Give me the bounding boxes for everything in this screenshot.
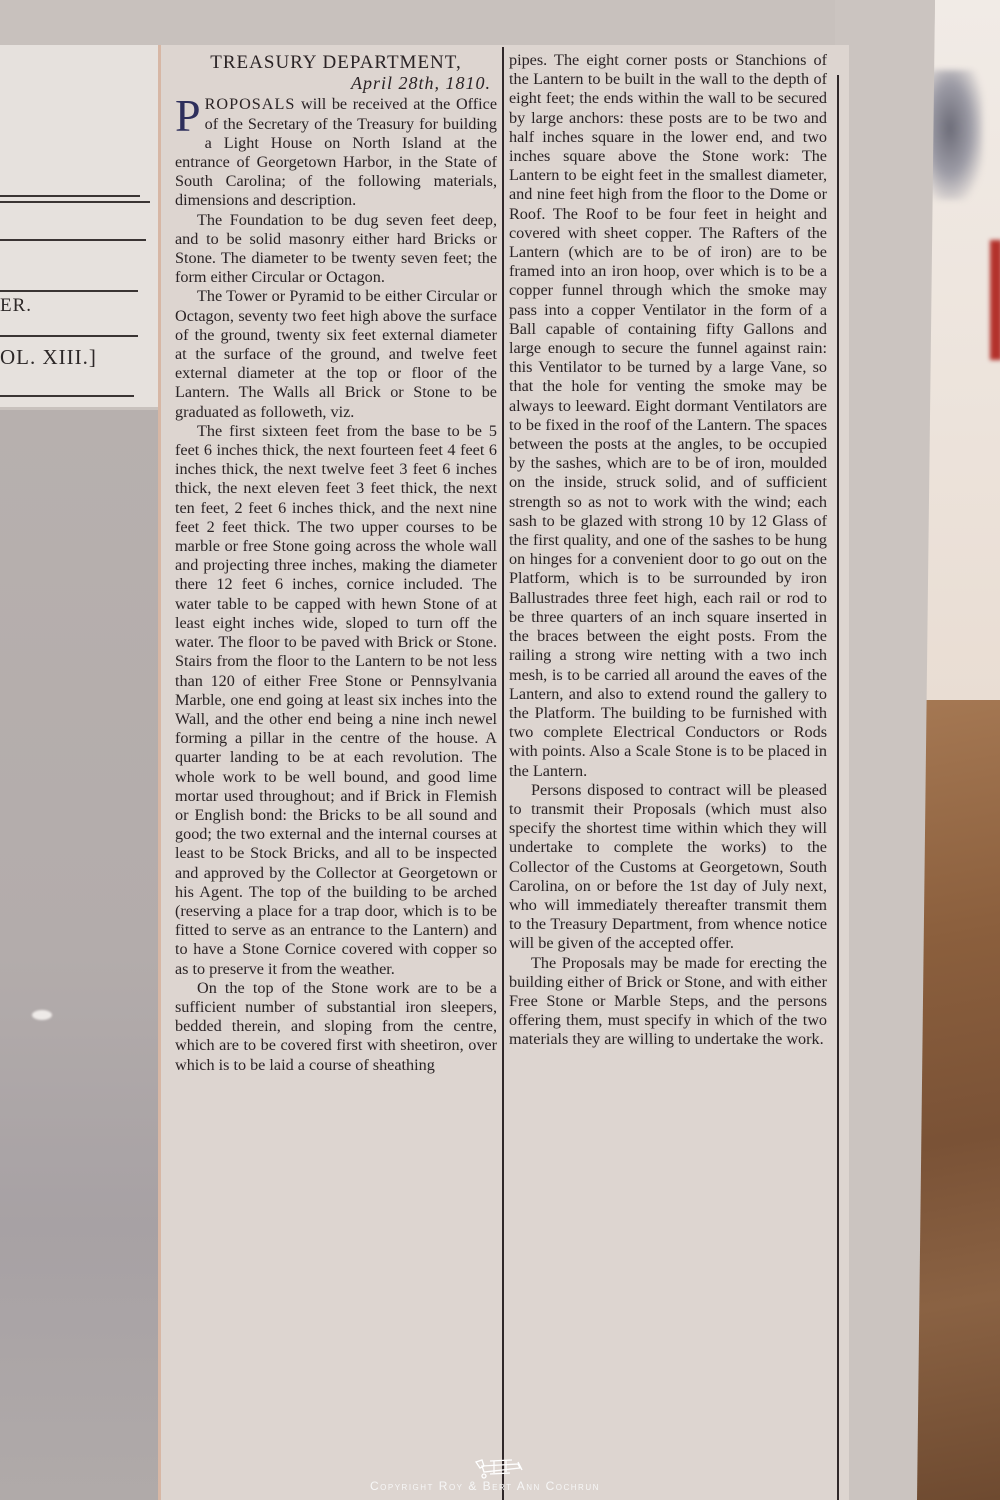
- paper-spot: [32, 1010, 52, 1020]
- article-paragraph: Persons disposed to contract will be ple…: [509, 781, 827, 954]
- article-column-left: TREASURY DEPARTMENT, April 28th, 1810. P…: [175, 53, 497, 1075]
- article-dateline: April 28th, 1810.: [175, 74, 491, 93]
- article-paragraph: The first sixteen feet from the base to …: [175, 422, 497, 979]
- masthead-title-fragment: ER.: [0, 295, 32, 317]
- article-paragraph: The Foundation to be dug seven feet deep…: [175, 211, 497, 288]
- background-red-object: [990, 240, 1000, 360]
- column-rule-right: [837, 75, 839, 1500]
- background-framed-photo: [928, 70, 983, 200]
- article-paragraph: The Tower or Pyramid to be either Circul…: [175, 287, 497, 421]
- article-column-right: pipes. The eight corner posts or Stanchi…: [509, 51, 827, 1050]
- copyright-watermark: Copyright Roy & Bert Ann Cochrun: [370, 1479, 600, 1493]
- lead-word: ROPOSALS: [205, 95, 296, 113]
- masthead-rule: [0, 195, 140, 197]
- masthead-rule: [0, 395, 134, 397]
- masthead-fragment: ER. OL. XIII.]: [0, 45, 158, 407]
- article-paragraph: The Proposals may be made for erecting t…: [509, 954, 827, 1050]
- masthead-rule: [0, 290, 138, 292]
- masthead-rule: [0, 335, 138, 337]
- masthead-rule: [0, 239, 146, 241]
- article-paragraph: PROPOSALS will be received at the Office…: [175, 95, 497, 210]
- masthead-rule: [0, 201, 150, 203]
- volume-label: OL. XIII.]: [0, 345, 97, 370]
- blank-paper-fragment: [0, 410, 168, 1500]
- drop-cap: P: [175, 97, 201, 135]
- biplane-icon: [472, 1458, 524, 1480]
- newspaper-clipping: TREASURY DEPARTMENT, April 28th, 1810. P…: [158, 45, 849, 1500]
- article-paragraph: On the top of the Stone work are to be a…: [175, 979, 497, 1075]
- article-paragraph-continued: pipes. The eight corner posts or Stanchi…: [509, 51, 827, 781]
- column-rule: [502, 47, 504, 1500]
- article-headline: TREASURY DEPARTMENT,: [175, 53, 497, 72]
